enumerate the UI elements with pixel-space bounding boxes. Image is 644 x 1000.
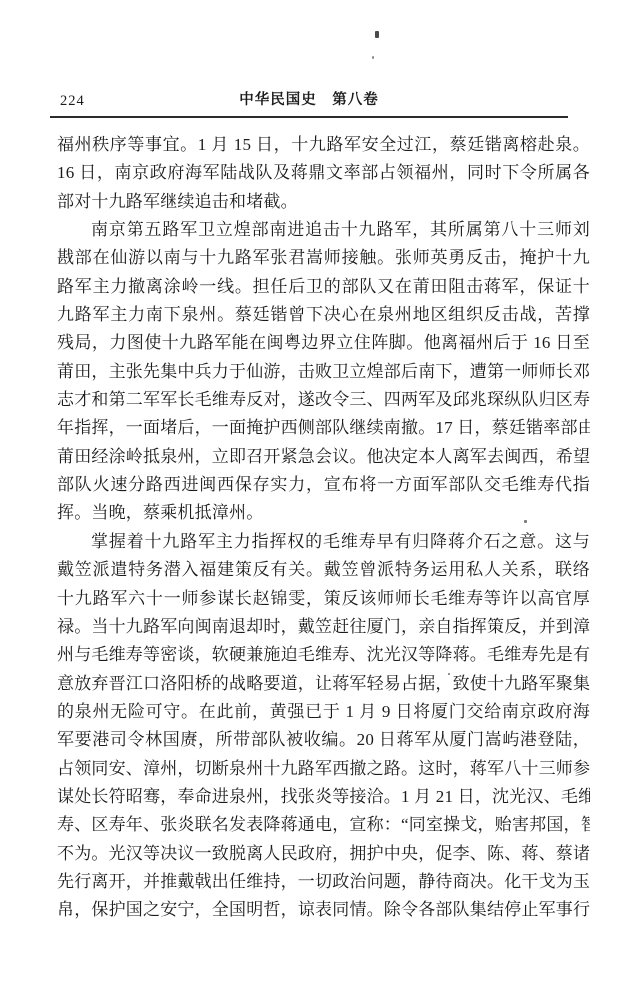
text-line: 州与毛维寿等密谈，软硬兼施迫毛维寿、沈光汉等降蒋。毛维寿先是有: [57, 641, 590, 669]
text-line: 残局，力图使十九路军能在闽粤边界立住阵脚。他离福州后于 16 日至: [57, 329, 590, 357]
text-line: 占领同安、漳州，切断泉州十九路军西撤之路。这时，蒋军八十三师参: [57, 755, 590, 783]
text-line: 莆田经涂岭抵泉州，立即召开紧急会议。他决定本人离军去闽西，希望: [57, 443, 590, 471]
body-text: 福州秩序等事宜。1 月 15 日，十九路军安全过江，蔡廷锴离榕赴泉。 16 日，…: [57, 131, 590, 925]
text-line: 南京第五路军卫立煌部南进追击十九路军，其所属第八十三师刘: [57, 216, 590, 244]
text-line: 福州秩序等事宜。1 月 15 日，十九路军安全过江，蔡廷锴离榕赴泉。: [57, 131, 590, 159]
text-line: 路军主力撤离涂岭一线。担任后卫的部队又在莆田阻击蒋军，保证十: [57, 273, 590, 301]
text-line: 部队火速分路西进闽西保存实力，宣布将一方面军部队交毛维寿代指: [57, 471, 590, 499]
text-line: 年指挥，一面堵后，一面掩护西侧部队继续南撤。17 日，蔡廷锴率部由: [57, 414, 590, 442]
scan-speck: [372, 56, 374, 59]
text-line: 禄。当十九路军向闽南退却时，戴笠赶往厦门，亲自指挥策反，并到漳: [57, 613, 590, 641]
text-line: 十九路军六十一师参谋长赵锦雯，策反该师师长毛维寿等许以高官厚: [57, 585, 590, 613]
text-line: 掌握着十九路军主力指挥权的毛维寿早有归降蒋介石之意。这与: [57, 528, 590, 556]
text-line: 先行离开，并推戴戟出任维持，一切政治问题，静待商决。化干戈为玉: [57, 868, 590, 896]
text-line: 志才和第二军军长毛维寿反对，遂改令三、四两军及邱兆琛纵队归区寿: [57, 386, 590, 414]
paragraph-2: 南京第五路军卫立煌部南进追击十九路军，其所属第八十三师刘 戡部在仙游以南与十九路…: [57, 216, 590, 528]
scan-speck: [375, 31, 379, 38]
paragraph-3: 掌握着十九路军主力指挥权的毛维寿早有归降蒋介石之意。这与 戴笠派遣特务潜入福建策…: [57, 528, 590, 925]
book-page: 224 中华民国史 第八卷 福州秩序等事宜。1 月 15 日，十九路军安全过江，…: [0, 0, 644, 1000]
text-line: 九路军主力南下泉州。蔡廷锴曾下决心在泉州地区组织反击战，苦撑: [57, 301, 590, 329]
text-line: 戴笠派遣特务潜入福建策反有关。戴笠曾派特务运用私人关系，联络: [57, 556, 590, 584]
header-rule: [50, 116, 568, 118]
text-line: 不为。光汉等决议一致脱离人民政府，拥护中央，促李、陈、蒋、蔡诸公: [57, 840, 590, 868]
scan-speck: [448, 673, 450, 675]
text-line: 戡部在仙游以南与十九路军张君嵩师接触。张师英勇反击，掩护十九: [57, 244, 590, 272]
text-line: 挥。当晚，蔡乘机抵漳州。: [57, 499, 590, 527]
text-line: 的泉州无险可守。在此前，黄强已于 1 月 9 日将厦门交给南京政府海: [57, 698, 590, 726]
text-line: 16 日，南京政府海军陆战队及蒋鼎文率部占领福州，同时下令所属各: [57, 159, 590, 187]
text-line: 寿、区寿年、张炎联名发表降蒋通电，宣称：“同室操戈，贻害邦国，智者: [57, 811, 590, 839]
text-line: 部对十九路军继续追击和堵截。: [57, 188, 590, 216]
scan-speck: [524, 520, 527, 523]
text-line: 莆田，主张先集中兵力于仙游，击败卫立煌部后南下，遭第一师师长邓: [57, 358, 590, 386]
text-line: 帛，保护国之安宁，全国明哲，谅表同情。除令各部队集结停止军事行: [57, 896, 590, 924]
paragraph-1: 福州秩序等事宜。1 月 15 日，十九路军安全过江，蔡廷锴离榕赴泉。 16 日，…: [57, 131, 590, 216]
running-title: 中华民国史 第八卷: [50, 92, 568, 109]
text-line: 谋处长符昭骞，奉命进泉州，找张炎等接洽。1 月 21 日，沈光汉、毛维: [57, 783, 590, 811]
text-line: 军要港司令林国赓，所带部队被收编。20 日蒋军从厦门嵩屿港登陆，: [57, 726, 590, 754]
text-line: 意放弃晋江口洛阳桥的战略要道，让蒋军轻易占据，致使十九路军聚集: [57, 670, 590, 698]
